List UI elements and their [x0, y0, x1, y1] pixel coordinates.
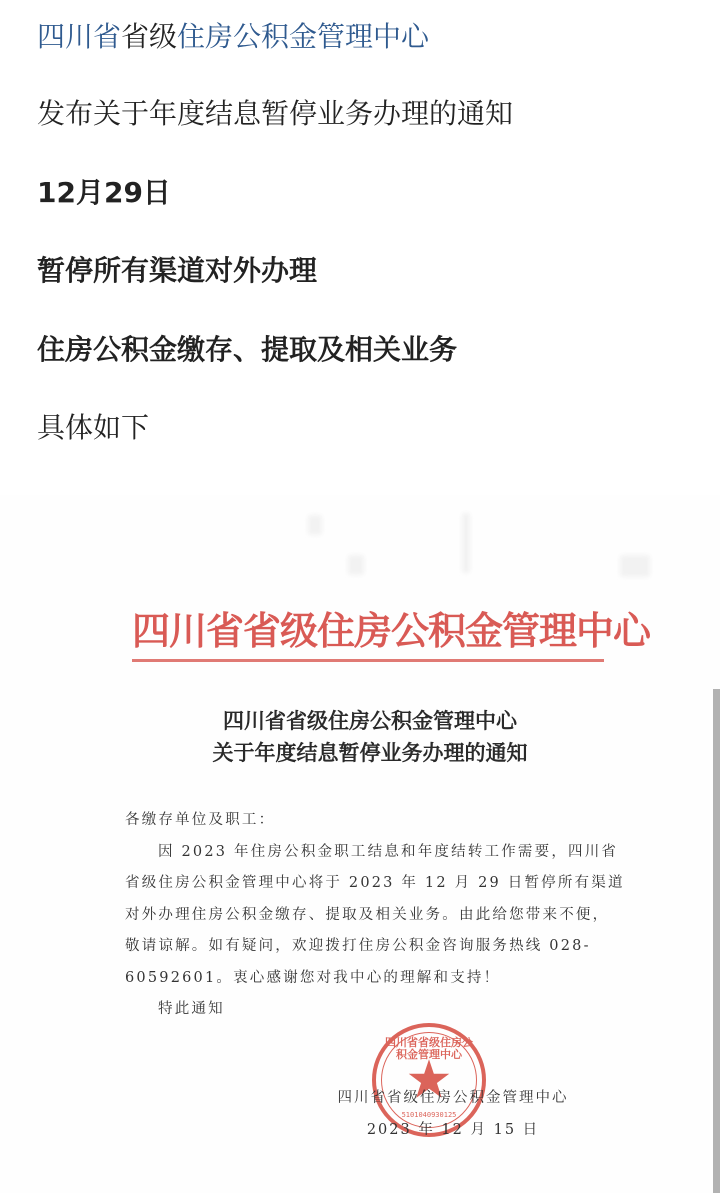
org-name-part-1[interactable]: 四川省 [37, 20, 121, 53]
signature-org: 四川省省级住房公积金管理中心 [328, 1082, 578, 1114]
org-name-part-3[interactable]: 住房公积金管理中心 [177, 20, 429, 53]
org-name-part-2: 省级 [121, 20, 177, 53]
document-title-line-2: 关于年度结息暂停业务办理的通知 [120, 737, 620, 769]
suspension-line: 暂停所有渠道对外办理 [37, 254, 317, 288]
date-line: 12月29日 [37, 176, 171, 210]
scan-artifact [620, 555, 650, 577]
document-title: 四川省省级住房公积金管理中心 关于年度结息暂停业务办理的通知 [120, 705, 620, 769]
body-paragraph: 因 2023 年住房公积金职工结息和年度结转工作需要，四川省省级住房公积金管理中… [125, 837, 625, 995]
letterhead: 四川省省级住房公积金管理中心 [132, 608, 604, 654]
scan-artifact [348, 555, 364, 575]
details-intro-line: 具体如下 [37, 411, 149, 445]
document-title-line-1: 四川省省级住房公积金管理中心 [120, 705, 620, 737]
scrollbar[interactable] [713, 689, 720, 1193]
scan-artifact [308, 515, 322, 535]
salutation: 各缴存单位及职工： [125, 805, 625, 837]
document-body: 各缴存单位及职工： 因 2023 年住房公积金职工结息和年度结转工作需要，四川省… [125, 805, 625, 1026]
scan-artifact [462, 513, 470, 573]
notice-document-image[interactable]: 四川省省级住房公积金管理中心 四川省省级住房公积金管理中心 关于年度结息暂停业务… [0, 495, 720, 1193]
closing: 特此通知 [125, 994, 625, 1026]
signature-date: 2023 年 12 月 15 日 [328, 1114, 578, 1146]
signature-block: 四川省省级住房公积金管理中心 2023 年 12 月 15 日 [328, 1082, 578, 1146]
business-scope-line: 住房公积金缴存、提取及相关业务 [37, 333, 457, 367]
notice-subject-line: 发布关于年度结息暂停业务办理的通知 [37, 97, 513, 131]
letterhead-rule [132, 659, 604, 662]
org-name-heading: 四川省省级住房公积金管理中心 [37, 20, 429, 54]
